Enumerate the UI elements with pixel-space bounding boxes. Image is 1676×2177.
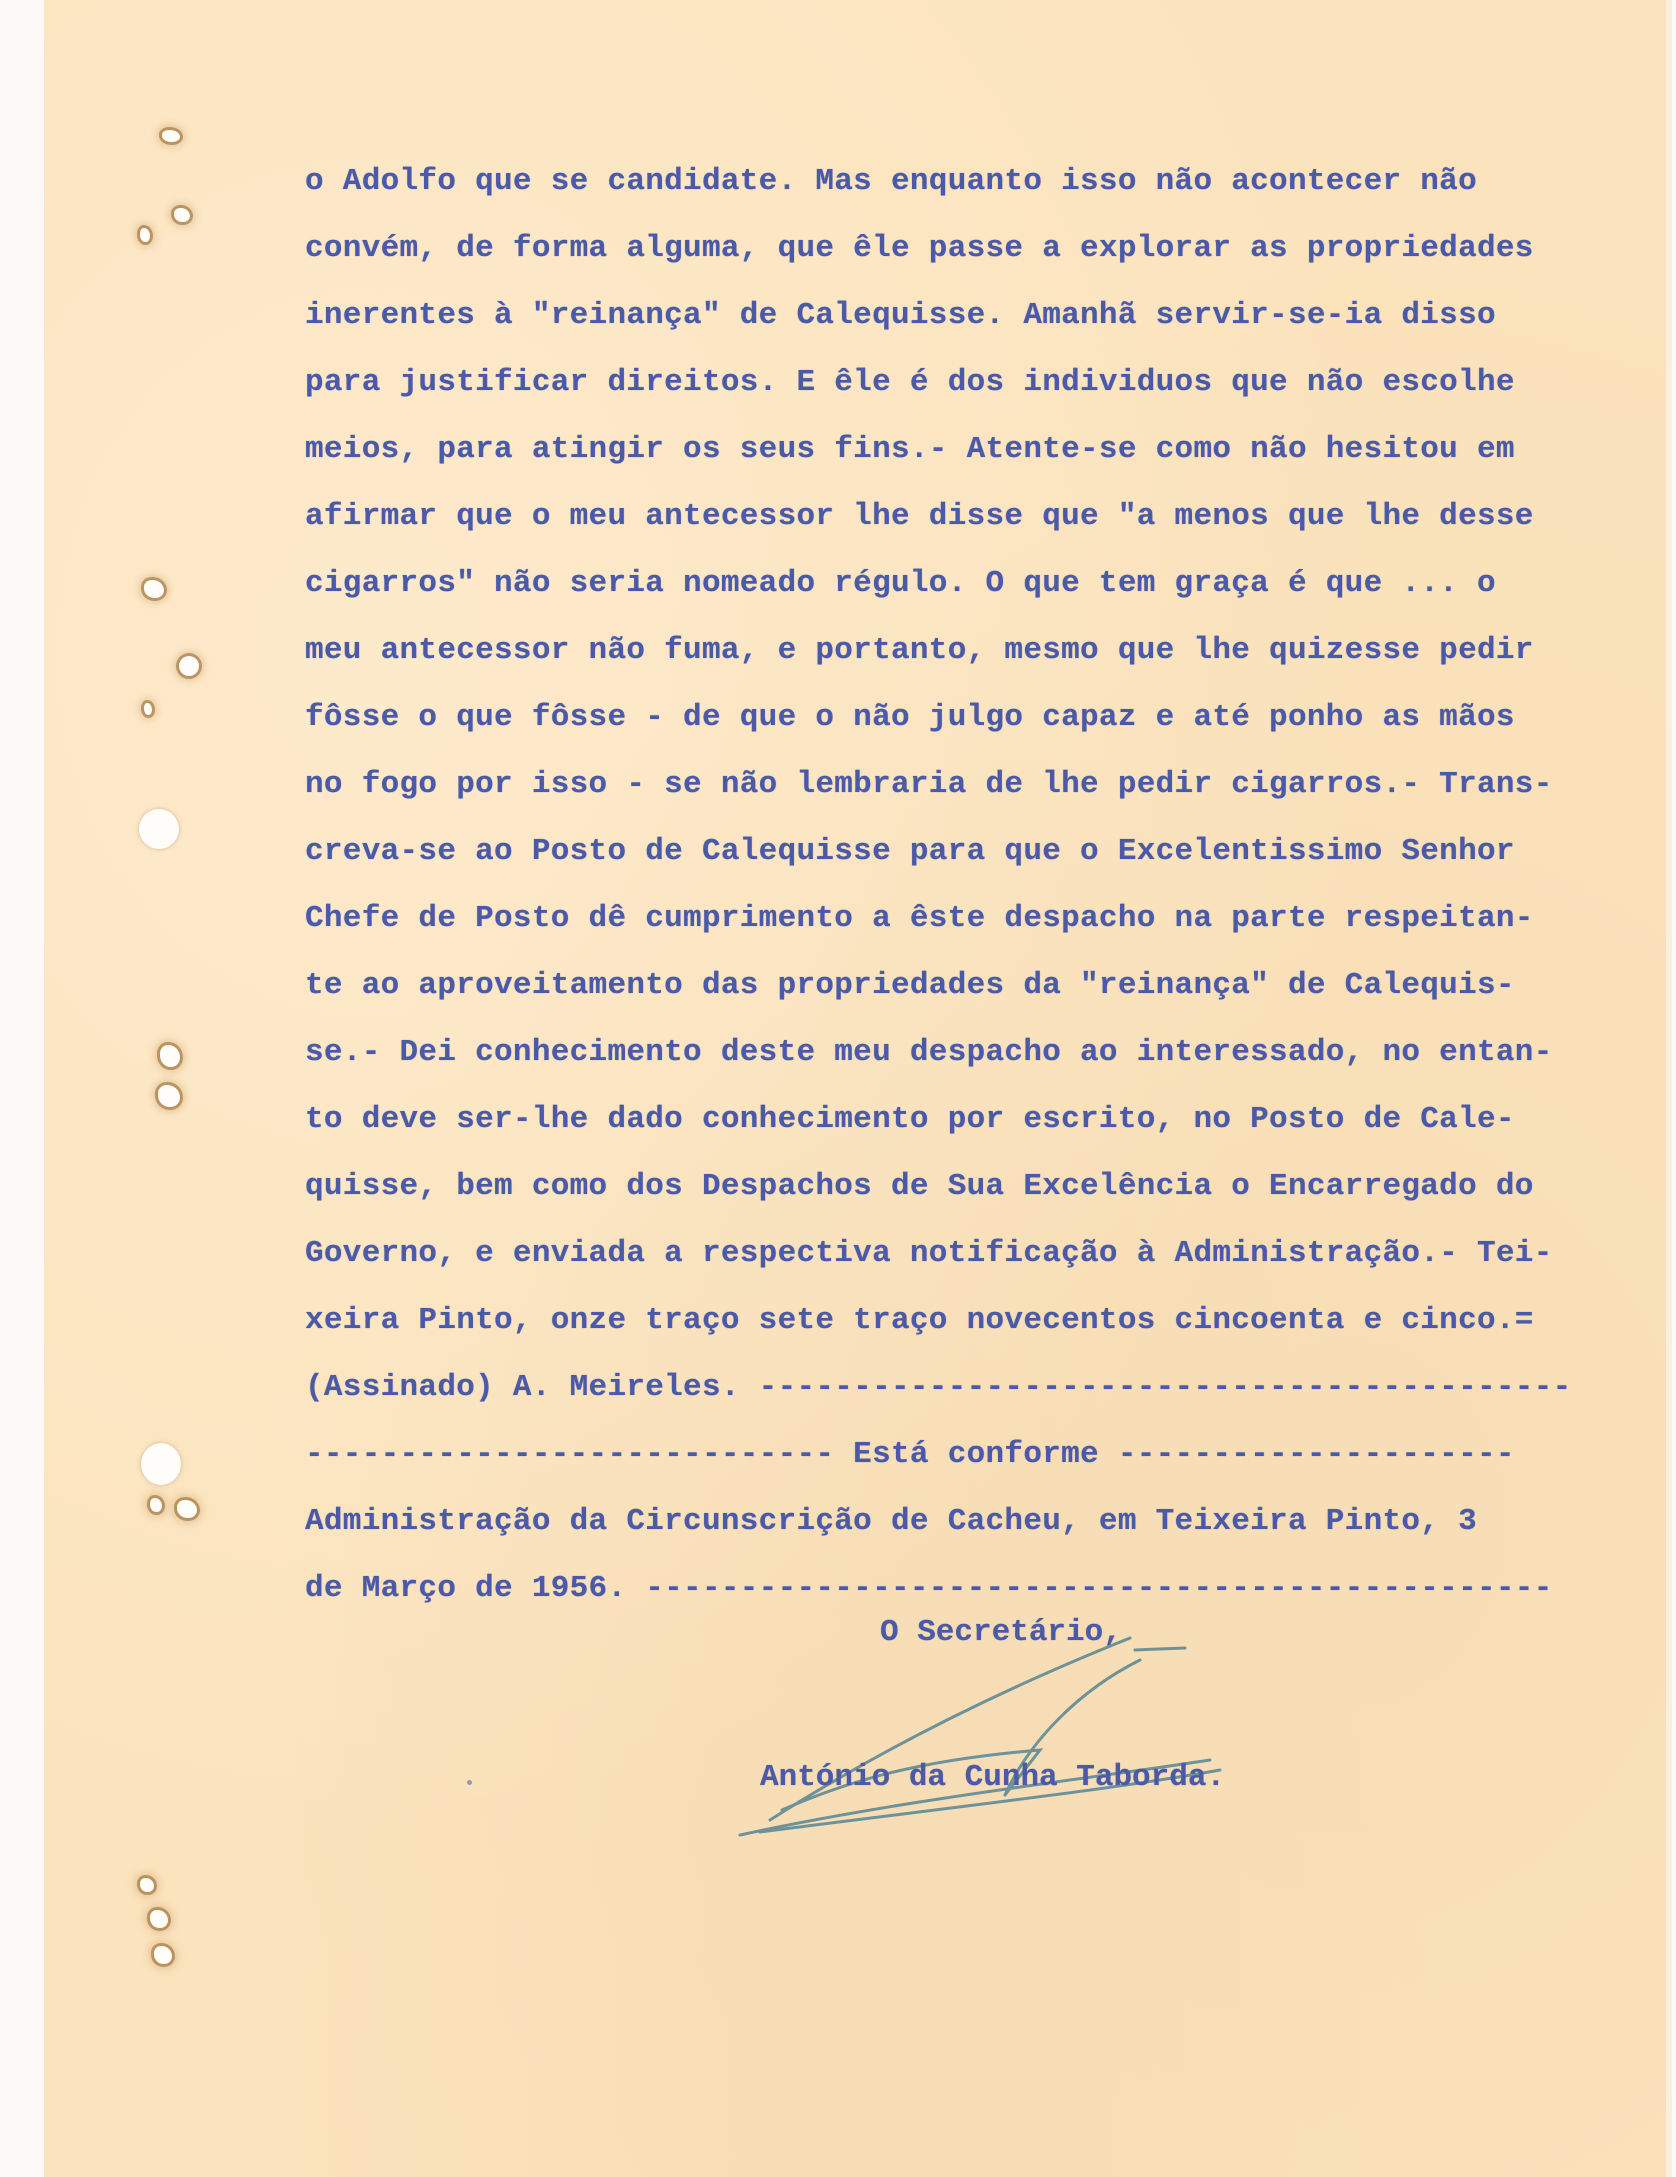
- text-line: creva-se ao Posto de Calequisse para que…: [305, 818, 1625, 885]
- punch-hole: [139, 809, 179, 849]
- signatory-name: António da Cunha Taborda.: [760, 1760, 1225, 1795]
- text-line: inerentes à "reinança" de Calequisse. Am…: [305, 282, 1625, 349]
- punch-hole-damage: [150, 1910, 168, 1928]
- punch-hole: [141, 1443, 181, 1485]
- text-line: convém, de forma alguma, que êle passe a…: [305, 215, 1625, 282]
- text-line: afirmar que o meu antecessor lhe disse q…: [305, 483, 1625, 550]
- place-date-line: Administração da Circunscrição de Cacheu…: [305, 1488, 1625, 1555]
- text-line: meu antecessor não fuma, e portanto, mes…: [305, 617, 1625, 684]
- text-line: fôsse o que fôsse - de que o não julgo c…: [305, 684, 1625, 751]
- text-line: no fogo por isso - se não lembraria de l…: [305, 751, 1625, 818]
- text-line: para justificar direitos. E êle é dos in…: [305, 349, 1625, 416]
- punch-hole-damage: [144, 580, 164, 598]
- text-line: Chefe de Posto dê cumprimento a êste des…: [305, 885, 1625, 952]
- punch-hole-damage: [174, 208, 190, 222]
- text-line: quisse, bem como dos Despachos de Sua Ex…: [305, 1153, 1625, 1220]
- signed-line: (Assinado) A. Meireles. ----------------…: [305, 1354, 1625, 1421]
- punch-hole-burnt: [179, 656, 199, 676]
- punch-hole-damage: [158, 1085, 180, 1107]
- text-line: te ao aproveitamento das propriedades da…: [305, 952, 1625, 1019]
- punch-hole-damage: [140, 228, 150, 242]
- text-line: to deve ser-lhe dado conhecimento por es…: [305, 1086, 1625, 1153]
- handwritten-signature: [730, 1610, 1250, 1840]
- punch-hole-damage: [154, 1946, 172, 1964]
- punch-hole-damage: [162, 130, 180, 142]
- text-line: o Adolfo que se candidate. Mas enquanto …: [305, 148, 1625, 215]
- page-edge: [1666, 0, 1672, 2177]
- punch-hole-damage: [160, 1045, 180, 1067]
- punch-hole-damage: [144, 703, 152, 715]
- certification-line: ---------------------------- Está confor…: [305, 1421, 1625, 1488]
- punch-hole-damage: [150, 1498, 162, 1512]
- text-line: xeira Pinto, onze traço sete traço novec…: [305, 1287, 1625, 1354]
- ink-speck: [467, 1780, 472, 1785]
- text-line: cigarros" não seria nomeado régulo. O qu…: [305, 550, 1625, 617]
- punch-hole-damage: [140, 1878, 154, 1892]
- punch-hole-damage: [177, 1500, 197, 1518]
- text-line: meios, para atingir os seus fins.- Atent…: [305, 416, 1625, 483]
- typed-body-text: o Adolfo que se candidate. Mas enquanto …: [305, 148, 1625, 1622]
- text-line: Governo, e enviada a respectiva notifica…: [305, 1220, 1625, 1287]
- text-line: se.- Dei conhecimento deste meu despacho…: [305, 1019, 1625, 1086]
